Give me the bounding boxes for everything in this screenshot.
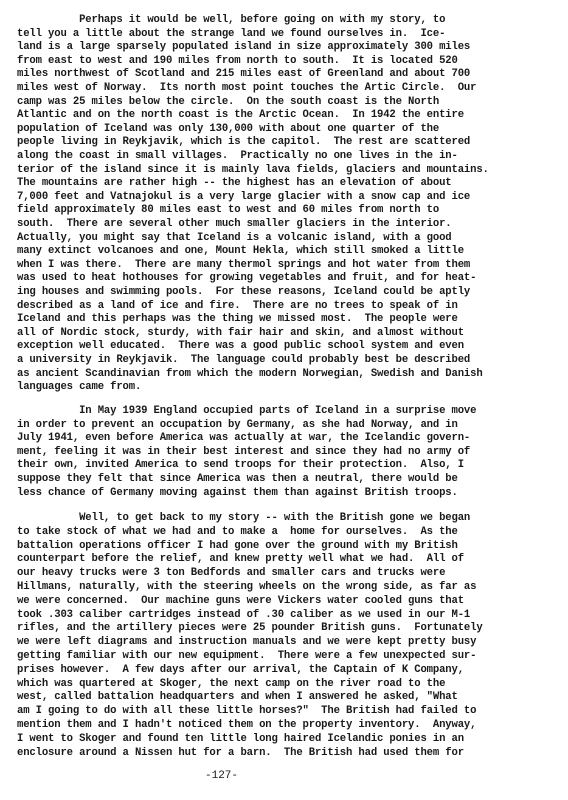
- text-line: population of Iceland was only 130,000 w…: [17, 123, 439, 136]
- text-line: battalion operations officer I had gone …: [17, 540, 458, 553]
- typewritten-page: Perhaps it would be well, before going o…: [0, 0, 568, 800]
- text-line: terior of the island since it is mainly …: [17, 164, 489, 177]
- text-line: we were left diagrams and instruction ma…: [17, 636, 476, 649]
- text-line: exception well educated. There was a goo…: [17, 340, 464, 353]
- text-line: counterpart before the relief, and knew …: [17, 553, 464, 566]
- text-line: their own, invited America to send troop…: [17, 459, 464, 472]
- text-line: mention them and I hadn't noticed them o…: [17, 719, 476, 732]
- text-line: our heavy trucks were 3 ton Bedfords and…: [17, 567, 445, 580]
- text-line: when I was there. There are many thermol…: [17, 259, 470, 272]
- text-line: The mountains are rather high -- the hig…: [17, 177, 452, 190]
- text-line: Atlantic and on the north coast is the A…: [17, 109, 464, 122]
- text-line: south. There are several other much smal…: [17, 218, 452, 231]
- text-line: took .303 caliber cartridges instead of …: [17, 609, 470, 622]
- text-line: camp was 25 miles below the circle. On t…: [17, 96, 439, 109]
- text-line: described as a land of ice and fire. The…: [17, 300, 458, 313]
- text-line: many extinct volcanoes and one, Mount He…: [17, 245, 464, 258]
- text-line: to take stock of what we had and to make…: [17, 526, 458, 539]
- text-line: In May 1939 England occupied parts of Ic…: [17, 405, 476, 418]
- text-line: Hillmans, naturally, with the steering w…: [17, 581, 476, 594]
- text-line: 7,000 feet and Vatnajokul is a very larg…: [17, 191, 470, 204]
- text-line: field approximately 80 miles east to wes…: [17, 204, 439, 217]
- text-line: July 1941, even before America was actua…: [17, 432, 470, 445]
- text-line: rifles, and the artillery pieces were 25…: [17, 622, 483, 635]
- text-line: in order to prevent an occupation by Ger…: [17, 419, 458, 432]
- text-line: Iceland and this perhaps was the thing w…: [17, 313, 458, 326]
- text-line: languages came from.: [17, 381, 141, 394]
- text-line: people living in Reykjavik, which is the…: [17, 136, 470, 149]
- text-line: west, called battalion headquarters and …: [17, 691, 458, 704]
- text-line: enclosure around a Nissen hut for a barn…: [17, 747, 464, 760]
- text-line: am I going to do with all these little h…: [17, 705, 476, 718]
- text-line: ment, feeling it was in their best inter…: [17, 446, 470, 459]
- text-line: land is a large sparsely populated islan…: [17, 41, 470, 54]
- text-line: along the coast in small villages. Pract…: [17, 150, 458, 163]
- text-line: less chance of Germany moving against th…: [17, 487, 458, 500]
- text-line: was used to heat hothouses for growing v…: [17, 272, 476, 285]
- text-line: which was quartered at Skoger, the next …: [17, 678, 445, 691]
- text-line: miles west of Norway. Its north most poi…: [17, 82, 476, 95]
- text-line: from east to west and 190 miles from nor…: [17, 55, 458, 68]
- text-line: we were concerned. Our machine guns were…: [17, 595, 464, 608]
- text-line: ing houses and swimming pools. For these…: [17, 286, 470, 299]
- text-line: suppose they felt that since America was…: [17, 473, 458, 486]
- text-line: getting familiar with our new equipment.…: [17, 650, 476, 663]
- text-line: as ancient Scandinavian from which the m…: [17, 368, 483, 381]
- text-line: all of Nordic stock, sturdy, with fair h…: [17, 327, 464, 340]
- text-line: Well, to get back to my story -- with th…: [17, 512, 470, 525]
- text-line: a university in Reykjavik. The language …: [17, 354, 470, 367]
- page-number: -127-: [205, 770, 238, 782]
- text-line: prises however. A few days after our arr…: [17, 664, 464, 677]
- text-line: tell you a little about the strange land…: [17, 28, 445, 41]
- text-line: I went to Skoger and found ten little lo…: [17, 733, 464, 746]
- text-line: miles northwest of Scotland and 215 mile…: [17, 68, 470, 81]
- text-line: Actually, you might say that Iceland is …: [17, 232, 452, 245]
- text-line: Perhaps it would be well, before going o…: [17, 14, 445, 27]
